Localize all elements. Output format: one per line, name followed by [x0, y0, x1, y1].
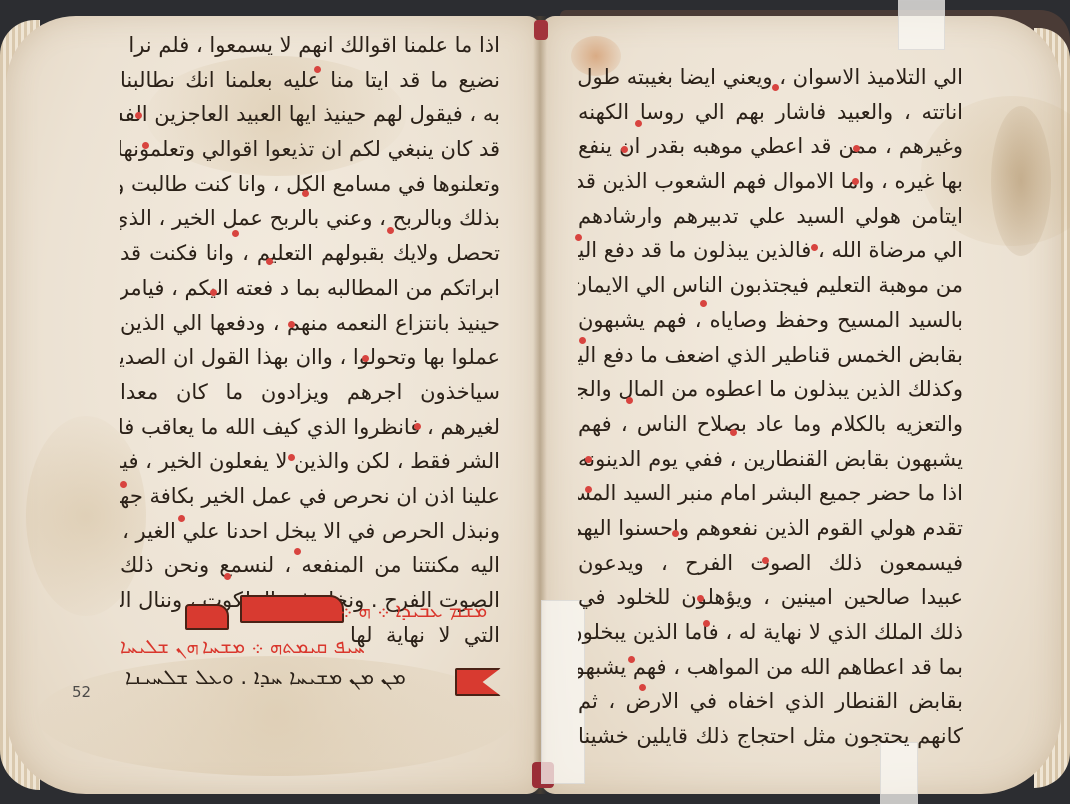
syriac-rubric-line-1: ܡܫܡ ܥܒܝܕܐ ܀ ܗ ܀ [340, 598, 487, 622]
text-line: يشبهون بقابض القنطارين ، ففي يوم الدينون… [578, 442, 963, 477]
text-line: وتعلنوها في مسامع الكل ، وانا كنت طالبت … [120, 167, 500, 202]
text-line: قد كان ينبغي لكم ان تذيعوا اقوالي وتعلمو… [120, 132, 500, 167]
text-line: عملوا بها وتحولوا ، واان بهذا القول ان ا… [120, 340, 500, 375]
syriac-rubric-line-2: ܚܝܦ ܩܝܡܬܗ ܀ ܡܫܚܐ ܗܢ ܫܠܝܚܐ [120, 634, 365, 658]
rubric-dot [314, 66, 321, 73]
text-line: وغيرهم ، ممن قد اعطي موهبه بقدر ان ينفع [578, 129, 963, 164]
rubric-initial [185, 604, 229, 630]
text-line: الي التلاميذ الاسوان ، ويعني ايضا بغيبته… [578, 60, 963, 95]
text-line: تحصل ولايك بقبولهم التعليم ، وانا فكنت ق… [120, 236, 500, 271]
text-line: اذا ما علمنا اقوالك انهم لا يسمعوا ، فلم… [120, 28, 500, 63]
rubric-dot [852, 178, 859, 185]
rubric-dot [362, 355, 369, 362]
syriac-text-line: ܡܢ ܡܢ ܡܫܝܚܐ ܚܕܐ . ܘܥܠ ܫܠܚܝܢܐ [125, 665, 406, 690]
text-line: التي لا نهاية لها [350, 618, 500, 653]
folio-number: 52 [72, 683, 91, 701]
text-line: سياخذون اجرهم ويزادون ما كان معدا [120, 375, 500, 410]
rubric-dot [142, 142, 149, 149]
text-line: الشر فقط ، لكن والذين لا يفعلون الخير ، … [120, 444, 500, 479]
text-line: ايتامن هولي السيد علي تدبيرهم وارشادهم [578, 199, 963, 234]
text-line: علينا اذن ان نحرص في عمل الخير بكافة جهد… [120, 479, 500, 514]
rubric-dot [288, 454, 295, 461]
rubric-dot [387, 227, 394, 234]
rubric-dot [575, 234, 582, 241]
text-line: والتعزيه بالكلام وما عاد بصلاح الناس ، ف… [578, 407, 963, 442]
rubric-dot [762, 557, 769, 564]
rubric-dot [621, 146, 628, 153]
text-line: ذلك الملك الذي لا نهاية له ، فاما الذين … [578, 615, 963, 650]
text-line: به ، فيقول لهم حينيذ ايها العبيد العاجزي… [120, 97, 500, 132]
text-line: بالسيد المسيح وحفظ وصاياه ، فهم يشبهون [578, 303, 963, 338]
rubric-dot [585, 486, 592, 493]
rubric-dot [178, 515, 185, 522]
text-line: تقدم هولي القوم الذين نفعوهم واحسنوا الي… [578, 511, 963, 546]
rubric-dot [639, 684, 646, 691]
rubric-dot [697, 595, 704, 602]
rubric-dot [210, 289, 217, 296]
text-line: فيسمعون ذلك الصوت الفرح ، ويدعون [578, 546, 963, 581]
left-page-text: اذا ما علمنا اقوالك انهم لا يسمعوا ، فلم… [120, 28, 500, 652]
text-line: كانهم يحتجون مثل احتجاج ذلك قايلين خشينا [578, 719, 963, 754]
text-line: نضيع ما قد ايتا منا عليه بعلمنا انك نطال… [120, 63, 500, 98]
text-line: بما قد اعطاهم الله من المواهب ، فهم يشبه… [578, 650, 963, 685]
page-damage [991, 106, 1051, 256]
rubric-dot [772, 84, 779, 91]
rubric-dot [288, 321, 295, 328]
text-line: بقابض الخمس قناطير الذي اضعف ما دفع اليه [578, 338, 963, 373]
rubric-word [240, 595, 344, 623]
text-line: ابراتكم من المطالبه بما د فعته اليكم ، ف… [120, 271, 500, 306]
rubric-dot [579, 337, 586, 344]
text-line: بها غيره ، واما الاموال فهم الشعوب الذين… [578, 164, 963, 199]
text-line: بقابض القنطار الذي اخفاه في الارض ، ثم [578, 684, 963, 719]
rubric-dot [853, 145, 860, 152]
rubric-dot [414, 423, 421, 430]
text-line: لغيرهم ، فانظروا الذي كيف الله ما يعاقب … [120, 410, 500, 445]
rubric-dot [302, 190, 309, 197]
rubric-dot [703, 620, 710, 627]
rubric-dot [585, 456, 592, 463]
text-line: بذلك وبالربح ، وعني بالربح عمل الخير ، ا… [120, 201, 500, 236]
rubric-dot [635, 120, 642, 127]
text-line: الي مرضاة الله ، فالذين يبذلون ما قد دفع… [578, 233, 963, 268]
rubric-dot [811, 244, 818, 251]
right-page-text: الي التلاميذ الاسوان ، ويعني ايضا بغيبته… [578, 60, 963, 754]
rubric-dot [224, 573, 231, 580]
text-line: اذا ما حضر جميع البشر امام منبر السيد ال… [578, 476, 963, 511]
rubric-dot [294, 548, 301, 555]
rubric-dot [266, 258, 273, 265]
rubric-dot [628, 656, 635, 663]
text-line: اليه مكنتنا من المنفعه ، لنسمع ونحن ذلك [120, 548, 500, 583]
text-line: حينيذ بانتزاع النعمه منهم ، ودفعها الي ا… [120, 306, 500, 341]
rubric-dot [672, 530, 679, 537]
text-line: وكذلك الذين يبذلون ما اعطوه من المال وال… [578, 372, 963, 407]
open-manuscript: اذا ما علمنا اقوالك انهم لا يسمعوا ، فلم… [0, 0, 1070, 804]
repair-tape-top [898, 0, 945, 50]
text-line: عبيدا صالحين امينين ، ويؤهلون للخلود في [578, 580, 963, 615]
text-line: ونبذل الحرص في الا يبخل احدنا علي الغير … [120, 514, 500, 549]
rubric-dot [135, 112, 142, 119]
rubric-dot [700, 300, 707, 307]
rubric-dot [232, 230, 239, 237]
text-line: من موهبة التعليم فيجتذبون الناس الي الاي… [578, 268, 963, 303]
rubric-dot [626, 397, 633, 404]
red-binding-top [534, 20, 548, 40]
rubric-dot [120, 481, 127, 488]
rubric-dot [730, 429, 737, 436]
